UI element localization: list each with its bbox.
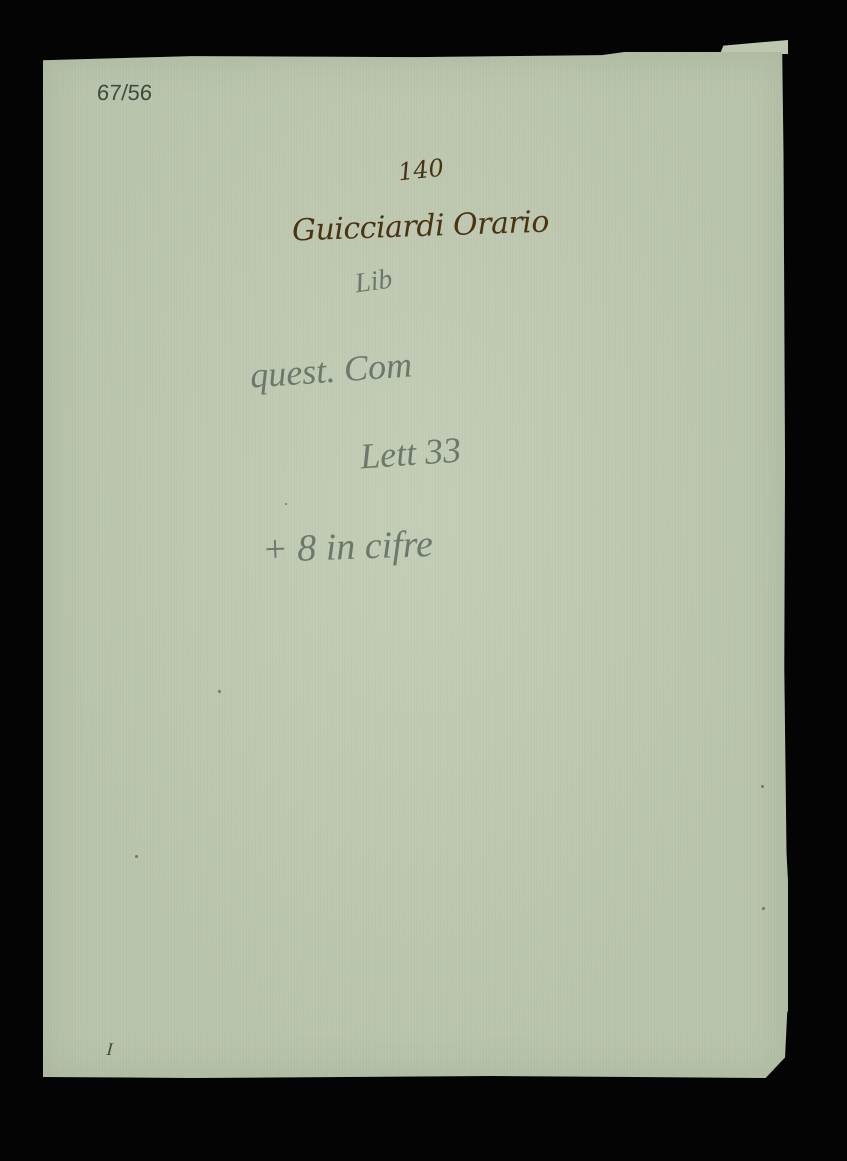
paper-speck	[761, 785, 764, 788]
item-number: 140	[397, 156, 445, 185]
pencil-note-lib: Lib	[353, 266, 394, 299]
pencil-note-line-2: Lett 33	[359, 432, 462, 475]
document-title: Guicciardi Orario	[292, 208, 550, 247]
pencil-note-line-3: + 8 in cifre	[261, 525, 433, 569]
paper-speck	[135, 855, 138, 858]
paper-speck	[762, 907, 765, 910]
paper-speck	[218, 690, 221, 693]
shelfmark-annotation: 67/56	[96, 82, 153, 104]
paper-speck	[285, 503, 287, 505]
